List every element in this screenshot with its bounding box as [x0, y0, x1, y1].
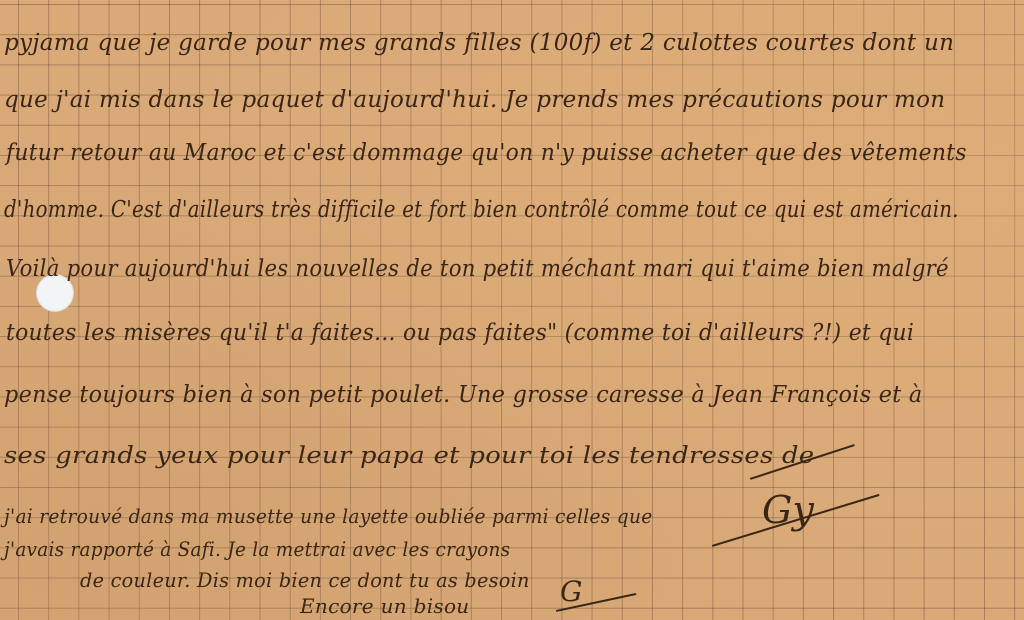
letter-line-6: toutes les misères qu'il t'a faites... o…	[6, 320, 914, 346]
letter-line-7: pense toujours bien à son petit poulet. …	[4, 382, 922, 408]
postscript-line-2: j'avais rapporté à Safi. Je la mettrai a…	[4, 537, 510, 561]
letter-line-1: pyjama que je garde pour mes grands fill…	[4, 30, 954, 56]
postscript-line-3: de couleur. Dis moi bien ce dont tu as b…	[80, 568, 530, 592]
letter-line-4: d'homme. C'est d'ailleurs très difficile…	[4, 197, 959, 223]
letter-line-8: ses grands yeux pour leur papa et pour t…	[4, 443, 814, 469]
letter-line-3: futur retour au Maroc et c'est dommage q…	[6, 140, 967, 166]
signature: Gy	[762, 488, 814, 532]
postscript-initial: G	[560, 575, 582, 608]
letter-line-2: que j'ai mis dans le paquet d'aujourd'hu…	[4, 87, 945, 113]
letter-page: pyjama que je garde pour mes grands fill…	[0, 0, 1024, 620]
postscript-line-1: j'ai retrouvé dans ma musette une layett…	[4, 504, 653, 528]
letter-line-5: Voilà pour aujourd'hui les nouvelles de …	[6, 256, 949, 282]
postscript-line-4: Encore un bisou	[300, 594, 469, 618]
